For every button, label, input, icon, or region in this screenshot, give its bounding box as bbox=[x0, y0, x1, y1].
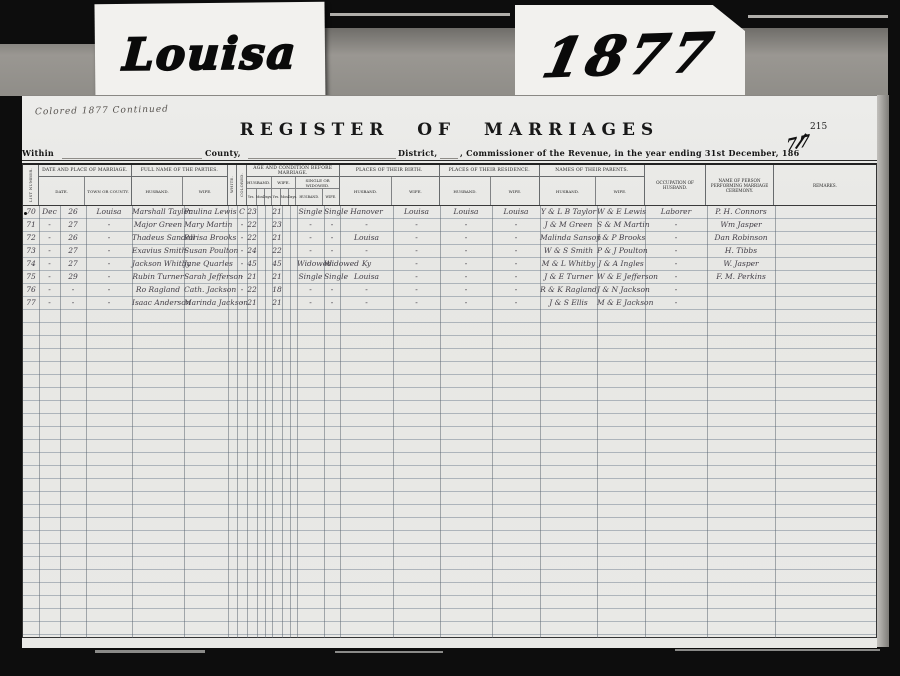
cell-remarks bbox=[775, 206, 878, 219]
cell-birth_w: - bbox=[393, 219, 440, 232]
header-residence-husband: HUSBAND. bbox=[440, 177, 491, 205]
table-header: LIST NUMBER. DATE AND PLACE OF MARRIAGE.… bbox=[23, 165, 876, 206]
header-husband-name: HUSBAND. bbox=[132, 177, 183, 205]
cell-no: 75 bbox=[23, 271, 39, 284]
cell-res_h: - bbox=[440, 258, 492, 271]
cell-birth_w: - bbox=[393, 258, 440, 271]
table-row: 73-27-Exavius SmithSusan Poulton-2422---… bbox=[23, 245, 876, 258]
cell-h_days bbox=[265, 206, 272, 219]
column-grid-line bbox=[265, 206, 266, 638]
cell-cond_w: - bbox=[324, 284, 340, 297]
cell-h_days bbox=[265, 258, 272, 271]
cell-cond_h: Single bbox=[297, 271, 324, 284]
cell-birth_h: Louisa bbox=[340, 271, 393, 284]
cell-wife: Sarah Jefferson bbox=[184, 271, 228, 284]
column-grid-line bbox=[60, 206, 61, 638]
page-edge-sliver bbox=[675, 649, 880, 651]
cell-day: 26 bbox=[60, 232, 86, 245]
header-town-or-county: TOWN OR COUNTY. bbox=[85, 177, 131, 205]
cell-w_mos bbox=[282, 258, 290, 271]
cell-wife: Mary Martin bbox=[184, 219, 228, 232]
cell-white bbox=[228, 232, 237, 245]
table-row: 70Dec26LouisaMarshall TaylorPaulina Lewi… bbox=[23, 206, 876, 219]
column-grid-line bbox=[440, 206, 441, 638]
cell-par_h: J & S Ellis bbox=[540, 297, 597, 310]
cell-no: 73 bbox=[23, 245, 39, 258]
table-top-rule bbox=[22, 160, 877, 161]
cell-minister bbox=[707, 297, 775, 310]
cell-w_yrs: 45 bbox=[272, 258, 282, 271]
column-grid-line bbox=[540, 206, 541, 638]
cell-res_w: - bbox=[492, 219, 540, 232]
cell-occupation: - bbox=[645, 271, 707, 284]
cell-day: - bbox=[60, 297, 86, 310]
cell-colored: - bbox=[237, 258, 247, 271]
cell-town: - bbox=[86, 284, 132, 297]
header-date-place-group: DATE AND PLACE OF MARRIAGE. DATE. TOWN O… bbox=[39, 165, 132, 205]
county-card-text: Louisa bbox=[121, 28, 298, 81]
cell-minister bbox=[707, 284, 775, 297]
year-card-text: 1877 bbox=[537, 20, 722, 90]
column-grid-line bbox=[775, 206, 776, 638]
column-grid-line bbox=[247, 206, 248, 638]
cell-cond_w: - bbox=[324, 245, 340, 258]
marriage-table: LIST NUMBER. DATE AND PLACE OF MARRIAGE.… bbox=[22, 163, 877, 638]
column-grid-line bbox=[272, 206, 273, 638]
cell-colored: - bbox=[237, 232, 247, 245]
cell-white bbox=[228, 297, 237, 310]
year-label-card: 1877 bbox=[515, 5, 745, 105]
cell-w_days bbox=[290, 245, 297, 258]
cell-remarks bbox=[775, 284, 878, 297]
cell-birth_h: Louisa bbox=[340, 232, 393, 245]
header-single-or-widowed: SINGLE OR WIDOWED. bbox=[296, 177, 338, 188]
form-blank-line bbox=[62, 158, 202, 159]
cell-birth_h: Hanover bbox=[340, 206, 393, 219]
column-grid-line bbox=[184, 206, 185, 638]
column-grid-line bbox=[707, 206, 708, 638]
form-blank-line bbox=[248, 158, 396, 159]
cell-w_days bbox=[290, 206, 297, 219]
cell-white bbox=[228, 219, 237, 232]
cell-h_days bbox=[265, 271, 272, 284]
cell-no: 77 bbox=[23, 297, 39, 310]
cell-h_mos bbox=[257, 258, 265, 271]
cell-day: - bbox=[60, 284, 86, 297]
cell-remarks bbox=[775, 271, 878, 284]
cell-month: - bbox=[39, 245, 60, 258]
cell-month: - bbox=[39, 232, 60, 245]
cell-par_h: W & S Smith bbox=[540, 245, 597, 258]
header-birth-group: PLACES OF THEIR BIRTH. HUSBAND. WIFE. bbox=[340, 165, 440, 205]
cell-white bbox=[228, 271, 237, 284]
cell-h_yrs: 24 bbox=[247, 245, 257, 258]
header-h-days: Days. bbox=[265, 189, 272, 205]
cell-w_yrs: 21 bbox=[272, 232, 282, 245]
cell-husband: Rubin Turner bbox=[132, 271, 184, 284]
header-white: WHITE. bbox=[228, 165, 237, 205]
cell-res_h: - bbox=[440, 219, 492, 232]
cell-par_h: Y & L B Taylor bbox=[540, 206, 597, 219]
cell-month: - bbox=[39, 297, 60, 310]
cell-h_yrs: 22 bbox=[247, 219, 257, 232]
cell-husband: Thadeus Sandell bbox=[132, 232, 184, 245]
cell-occupation: - bbox=[645, 297, 707, 310]
film-bottom-edge bbox=[0, 656, 900, 676]
cell-husband: Ro Ragland bbox=[132, 284, 184, 297]
form-within-label: Within bbox=[22, 148, 54, 158]
cell-h_days bbox=[265, 232, 272, 245]
cell-no: 71 bbox=[23, 219, 39, 232]
cell-birth_w: - bbox=[393, 232, 440, 245]
cell-par_h: Malinda Sanson bbox=[540, 232, 597, 245]
cell-remarks bbox=[775, 219, 878, 232]
cell-occupation: - bbox=[645, 219, 707, 232]
cell-day: 27 bbox=[60, 245, 86, 258]
cell-minister: Dan Robinson bbox=[707, 232, 775, 245]
table-row: 71-27-Major GreenMary Martin-2223------J… bbox=[23, 219, 876, 232]
cell-colored: - bbox=[237, 297, 247, 310]
cell-h_days bbox=[265, 219, 272, 232]
cell-cond_w: - bbox=[324, 219, 340, 232]
cell-cond_h: - bbox=[297, 245, 324, 258]
header-occupation: OCCUPATION OF HUSBAND. bbox=[645, 165, 707, 205]
cell-w_days bbox=[290, 219, 297, 232]
cell-res_w: - bbox=[492, 271, 540, 284]
cell-birth_w: Louisa bbox=[393, 206, 440, 219]
cell-h_days bbox=[265, 245, 272, 258]
column-grid-line bbox=[393, 206, 394, 638]
column-grid-line bbox=[237, 206, 238, 638]
cell-cond_h: - bbox=[297, 284, 324, 297]
cell-colored: - bbox=[237, 245, 247, 258]
table-row: 77---Isaac AndersonMarinda Jackson-2121-… bbox=[23, 297, 876, 310]
cell-w_yrs: 21 bbox=[272, 271, 282, 284]
table-row: 76---Ro RaglandCath. Jackson-2218------R… bbox=[23, 284, 876, 297]
column-grid-line bbox=[492, 206, 493, 638]
cell-h_mos bbox=[257, 206, 265, 219]
cell-minister: W. Jasper bbox=[707, 258, 775, 271]
cell-res_w: - bbox=[492, 297, 540, 310]
cell-h_days bbox=[265, 297, 272, 310]
cell-res_h: Louisa bbox=[440, 206, 492, 219]
header-cond-husband: HUSBAND. bbox=[296, 189, 323, 205]
county-label-card: Louisa bbox=[94, 2, 325, 107]
cell-par_w: J & P Brooks bbox=[597, 232, 645, 245]
film-right-edge bbox=[888, 0, 900, 676]
cell-w_yrs: 23 bbox=[272, 219, 282, 232]
cell-h_yrs: 21 bbox=[247, 271, 257, 284]
column-grid-line bbox=[257, 206, 258, 638]
table-body: 70Dec26LouisaMarshall TaylorPaulina Lewi… bbox=[23, 206, 876, 638]
cell-h_yrs: 45 bbox=[247, 258, 257, 271]
cell-cond_h: Widowed bbox=[297, 258, 324, 271]
cell-remarks bbox=[775, 258, 878, 271]
header-parents-group: NAMES OF THEIR PARENTS. HUSBAND. WIFE. bbox=[540, 165, 645, 205]
cell-par_w: M & E Jackson bbox=[597, 297, 645, 310]
cell-w_days bbox=[290, 258, 297, 271]
page-edge-sliver bbox=[335, 651, 443, 653]
cell-birth_w: - bbox=[393, 271, 440, 284]
cell-wife: Paulina Lewis bbox=[184, 206, 228, 219]
header-birth-husband: HUSBAND. bbox=[340, 177, 392, 205]
page-edge-sliver bbox=[95, 650, 205, 653]
cell-birth_h: - bbox=[340, 297, 393, 310]
cell-w_yrs: 21 bbox=[272, 297, 282, 310]
cell-w_yrs: 18 bbox=[272, 284, 282, 297]
cell-h_yrs: 23 bbox=[247, 206, 257, 219]
cell-town: - bbox=[86, 245, 132, 258]
cell-day: 26 bbox=[60, 206, 86, 219]
cell-par_w: W & E Jefferson bbox=[597, 271, 645, 284]
cell-w_mos bbox=[282, 206, 290, 219]
cell-cond_w: - bbox=[324, 297, 340, 310]
cell-occupation: - bbox=[645, 284, 707, 297]
cell-h_mos bbox=[257, 284, 265, 297]
cell-w_mos bbox=[282, 297, 290, 310]
cell-cond_w: Single bbox=[324, 206, 340, 219]
cell-cond_h: Single bbox=[297, 206, 324, 219]
cell-par_w: W & E Lewis bbox=[597, 206, 645, 219]
cell-w_yrs: 22 bbox=[272, 245, 282, 258]
cell-res_h: - bbox=[440, 232, 492, 245]
cell-res_w: - bbox=[492, 232, 540, 245]
cell-no: 74 bbox=[23, 258, 39, 271]
cell-no: 76 bbox=[23, 284, 39, 297]
cell-town: - bbox=[86, 271, 132, 284]
cell-occupation: - bbox=[645, 232, 707, 245]
cell-birth_h: - bbox=[340, 245, 393, 258]
column-grid-line bbox=[282, 206, 283, 638]
table-row: 75-29-Rubin TurnerSarah Jefferson-2121Si… bbox=[23, 271, 876, 284]
cell-wife: Jane Quarles bbox=[184, 258, 228, 271]
cell-birth_w: - bbox=[393, 297, 440, 310]
cell-month: - bbox=[39, 284, 60, 297]
header-full-name-group: FULL NAME OF THE PARTIES. HUSBAND. WIFE. bbox=[132, 165, 228, 205]
table-row: 74-27-Jackson WhitbyJane Quarles-4545Wid… bbox=[23, 258, 876, 271]
header-birth-wife: WIFE. bbox=[392, 177, 439, 205]
header-parents-wife: WIFE. bbox=[596, 177, 644, 205]
cell-colored: - bbox=[237, 271, 247, 284]
cell-birth_h: Ky bbox=[340, 258, 393, 271]
cell-white bbox=[228, 206, 237, 219]
header-remarks: REMARKS. bbox=[774, 165, 876, 205]
cell-w_days bbox=[290, 271, 297, 284]
cell-minister: P. H. Connors bbox=[707, 206, 775, 219]
column-grid-line bbox=[645, 206, 646, 638]
cell-w_mos bbox=[282, 284, 290, 297]
cell-par_h: R & K Ragland bbox=[540, 284, 597, 297]
cell-w_yrs: 21 bbox=[272, 206, 282, 219]
cell-town: - bbox=[86, 297, 132, 310]
form-district-label: District, bbox=[398, 148, 437, 158]
cell-birth_h: - bbox=[340, 219, 393, 232]
cell-h_mos bbox=[257, 219, 265, 232]
column-grid-line bbox=[340, 206, 341, 638]
header-colored: COLORED. bbox=[237, 165, 247, 205]
cell-remarks bbox=[775, 232, 878, 245]
cell-month: Dec bbox=[39, 206, 60, 219]
cell-minister: Wm Jasper bbox=[707, 219, 775, 232]
cell-town: - bbox=[86, 258, 132, 271]
header-date: DATE. bbox=[39, 177, 86, 205]
cell-occupation: - bbox=[645, 258, 707, 271]
cell-w_days bbox=[290, 297, 297, 310]
header-list-number: LIST NUMBER. bbox=[23, 165, 39, 205]
column-grid-line bbox=[39, 206, 40, 638]
cell-town: - bbox=[86, 232, 132, 245]
cell-husband: Jackson Whitby bbox=[132, 258, 184, 271]
cell-w_mos bbox=[282, 271, 290, 284]
header-cond-wife: WIFE. bbox=[323, 189, 339, 205]
cell-res_w: - bbox=[492, 258, 540, 271]
page-number: 215 bbox=[810, 122, 827, 132]
header-residence-group: PLACES OF THEIR RESIDENCE. HUSBAND. WIFE… bbox=[440, 165, 540, 205]
cell-day: 29 bbox=[60, 271, 86, 284]
cell-cond_w: - bbox=[324, 232, 340, 245]
form-revenue-text: , Commissioner of the Revenue, in the ye… bbox=[460, 148, 800, 158]
header-performer: NAME OF PERSON PERFORMING MARRIAGE CEREM… bbox=[706, 165, 774, 205]
cell-par_w: S & M Martin bbox=[597, 219, 645, 232]
cell-res_h: - bbox=[440, 297, 492, 310]
cell-h_yrs: 22 bbox=[247, 284, 257, 297]
cell-h_yrs: 22 bbox=[247, 232, 257, 245]
cell-day: 27 bbox=[60, 258, 86, 271]
cell-res_w: - bbox=[492, 284, 540, 297]
header-age-wife: WIFE. bbox=[272, 177, 297, 188]
cell-cond_w: Single bbox=[324, 271, 340, 284]
cell-birth_h: - bbox=[340, 284, 393, 297]
cell-wife: Marinda Jackson bbox=[184, 297, 228, 310]
film-streak bbox=[748, 15, 896, 18]
column-grid-line bbox=[324, 206, 325, 638]
cell-par_w: P & J Poulton bbox=[597, 245, 645, 258]
header-residence-wife: WIFE. bbox=[491, 177, 539, 205]
cell-h_mos bbox=[257, 245, 265, 258]
column-grid-line bbox=[132, 206, 133, 638]
film-dark-corner bbox=[0, 0, 95, 44]
cell-white bbox=[228, 245, 237, 258]
cell-cond_h: - bbox=[297, 219, 324, 232]
cell-month: - bbox=[39, 219, 60, 232]
cell-res_h: - bbox=[440, 284, 492, 297]
cell-h_days bbox=[265, 284, 272, 297]
cell-wife: Cath. Jackson bbox=[184, 284, 228, 297]
header-age-condition-group: AGE AND CONDITION BEFORE MARRIAGE. HUSBA… bbox=[247, 165, 340, 205]
cell-w_days bbox=[290, 232, 297, 245]
column-grid-line bbox=[228, 206, 229, 638]
cell-par_w: J & N Jackson bbox=[597, 284, 645, 297]
page-title: REGISTER OF MARRIAGES bbox=[22, 120, 877, 140]
cell-wife: Susan Poulton bbox=[184, 245, 228, 258]
cell-husband: Marshall Taylor bbox=[132, 206, 184, 219]
cell-h_mos bbox=[257, 271, 265, 284]
cell-month: - bbox=[39, 258, 60, 271]
header-wife-name: WIFE. bbox=[183, 177, 227, 205]
cell-occupation: - bbox=[645, 245, 707, 258]
table-row: 72-26-Thadeus SandellParisa Brooks-2221-… bbox=[23, 232, 876, 245]
cell-colored: - bbox=[237, 219, 247, 232]
cell-husband: Isaac Anderson bbox=[132, 297, 184, 310]
header-age-husband: HUSBAND. bbox=[247, 177, 272, 188]
cell-h_yrs: 21 bbox=[247, 297, 257, 310]
cell-husband: Exavius Smith bbox=[132, 245, 184, 258]
cell-w_mos bbox=[282, 232, 290, 245]
cell-par_h: M & L Whitby bbox=[540, 258, 597, 271]
header-w-days: Days. bbox=[289, 189, 296, 205]
cell-w_mos bbox=[282, 245, 290, 258]
cell-birth_w: - bbox=[393, 284, 440, 297]
cell-husband: Major Green bbox=[132, 219, 184, 232]
page-right-curl bbox=[877, 95, 889, 647]
cell-par_h: J & E Turner bbox=[540, 271, 597, 284]
cell-par_w: J & A Ingles bbox=[597, 258, 645, 271]
cell-wife: Parisa Brooks bbox=[184, 232, 228, 245]
cell-no: 70 bbox=[23, 206, 39, 219]
cell-day: 27 bbox=[60, 219, 86, 232]
cell-h_mos bbox=[257, 232, 265, 245]
cell-remarks bbox=[775, 297, 878, 310]
cell-par_h: J & M Green bbox=[540, 219, 597, 232]
column-grid-line bbox=[597, 206, 598, 638]
cell-no: 72 bbox=[23, 232, 39, 245]
form-county-label: County, bbox=[205, 148, 241, 158]
cell-colored: C bbox=[237, 206, 247, 219]
cell-remarks bbox=[775, 245, 878, 258]
column-grid-line bbox=[86, 206, 87, 638]
film-streak bbox=[330, 13, 510, 16]
cell-cond_h: - bbox=[297, 232, 324, 245]
cell-white bbox=[228, 284, 237, 297]
cell-cond_h: - bbox=[297, 297, 324, 310]
cell-res_h: - bbox=[440, 245, 492, 258]
column-grid-line bbox=[297, 206, 298, 638]
cell-minister: H. Tibbs bbox=[707, 245, 775, 258]
cell-town: - bbox=[86, 219, 132, 232]
cell-res_w: - bbox=[492, 245, 540, 258]
cell-occupation: Laborer bbox=[645, 206, 707, 219]
cell-minister: F. M. Perkins bbox=[707, 271, 775, 284]
cell-w_mos bbox=[282, 219, 290, 232]
cell-month: - bbox=[39, 271, 60, 284]
header-parents-husband: HUSBAND. bbox=[540, 177, 596, 205]
cell-res_w: Louisa bbox=[492, 206, 540, 219]
cell-colored: - bbox=[237, 284, 247, 297]
cell-cond_w: Widowed bbox=[324, 258, 340, 271]
cell-town: Louisa bbox=[86, 206, 132, 219]
cell-white bbox=[228, 258, 237, 271]
cell-birth_w: - bbox=[393, 245, 440, 258]
form-blank-line bbox=[440, 158, 458, 159]
cell-w_days bbox=[290, 284, 297, 297]
cell-h_mos bbox=[257, 297, 265, 310]
column-grid-line bbox=[290, 206, 291, 638]
cell-res_h: - bbox=[440, 271, 492, 284]
